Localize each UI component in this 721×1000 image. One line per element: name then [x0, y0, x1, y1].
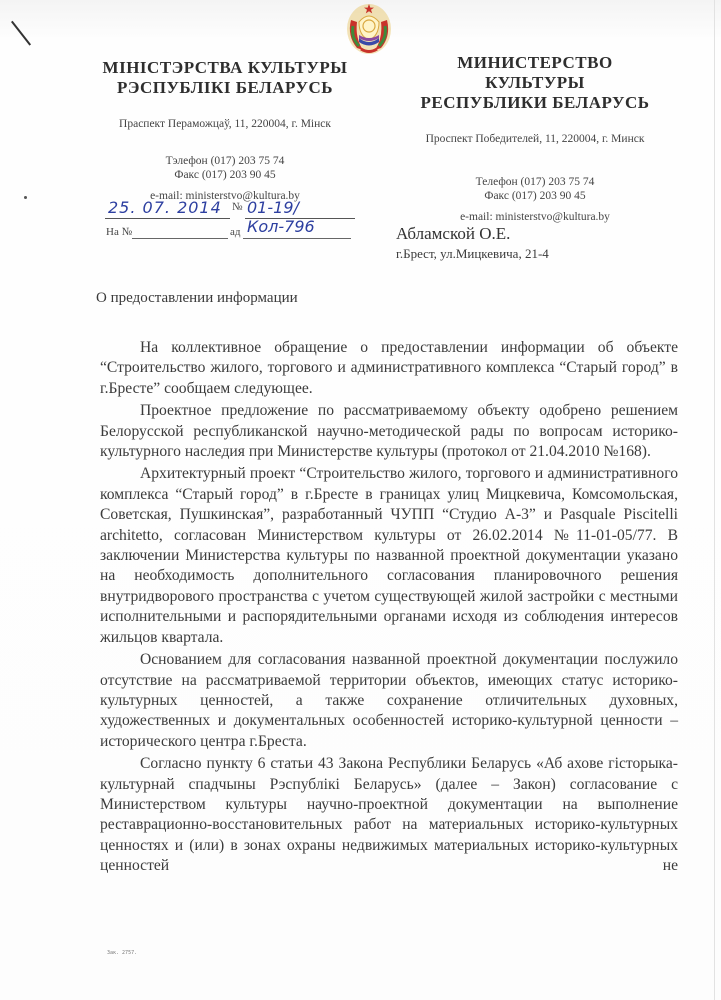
reference-label: На № [106, 226, 132, 238]
number-underline [245, 218, 355, 219]
letterhead-belarusian: МІНІСТЭРСТВА КУЛЬТУРЫ РЭСПУБЛІКІ БЕЛАРУС… [90, 58, 360, 202]
registration-date: 25. 07. 2014 [108, 198, 222, 217]
coat-of-arms-icon [345, 2, 393, 56]
letter-subject: О предоставлении информации [96, 290, 298, 307]
ministry-name-line2: РЕСПУБЛИКИ БЕЛАРУСЬ [415, 93, 655, 113]
print-order-note: Зак. 2757. [107, 950, 137, 956]
registration-line: 25. 07. 2014 № 01-19/Кол-796 [105, 198, 365, 220]
ministry-name-line1: МИНИСТЕРСТВО КУЛЬТУРЫ [415, 53, 655, 93]
number-label: № [232, 201, 243, 213]
ministry-address: Проспект Победителей, 11, 220004, г. Мин… [415, 133, 655, 145]
paragraph: Архитектурный проект “Строительство жило… [100, 464, 678, 648]
pen-mark [11, 21, 31, 46]
paragraph: На коллективное обращение о предоставлен… [100, 338, 678, 399]
registration-number: 01-19/Кол-796 [247, 198, 365, 236]
reference-from-label: ад [230, 226, 240, 238]
paragraph: Согласно пункту 6 статьи 43 Закона Респу… [100, 754, 678, 876]
letter-body: На коллективное обращение о предоставлен… [100, 338, 678, 879]
paragraph: Проектное предложение по рассматриваемом… [100, 401, 678, 462]
ministry-phone: Телефон (017) 203 75 74 [415, 175, 655, 189]
letter-page: МІНІСТЭРСТВА КУЛЬТУРЫ РЭСПУБЛІКІ БЕЛАРУС… [0, 0, 721, 1000]
reference-number-blank [132, 238, 228, 239]
addressee-name: Абламской О.Е. [396, 224, 549, 244]
date-underline [105, 218, 230, 219]
ministry-address: Праспект Пераможцаў, 11, 220004, г. Мінс… [90, 118, 360, 130]
reference-date-blank [243, 238, 351, 239]
page-edge [714, 0, 715, 1000]
paragraph: Основанием для согласования названной пр… [100, 650, 678, 752]
ministry-fax: Факс (017) 203 90 45 [90, 168, 360, 182]
ministry-name-line1: МІНІСТЭРСТВА КУЛЬТУРЫ [90, 58, 360, 78]
punch-dot [24, 196, 27, 199]
ministry-phone: Тэлефон (017) 203 75 74 [90, 154, 360, 168]
addressee-address: г.Брест, ул.Мицкевича, 21-4 [396, 246, 549, 262]
ministry-fax: Факс (017) 203 90 45 [415, 189, 655, 203]
letterhead-russian: МИНИСТЕРСТВО КУЛЬТУРЫ РЕСПУБЛИКИ БЕЛАРУС… [415, 53, 655, 223]
addressee-block: Абламской О.Е. г.Брест, ул.Мицкевича, 21… [396, 224, 549, 262]
ministry-name-line2: РЭСПУБЛІКІ БЕЛАРУСЬ [90, 78, 360, 98]
ministry-email: e-mail: ministerstvo@kultura.by [415, 211, 655, 223]
